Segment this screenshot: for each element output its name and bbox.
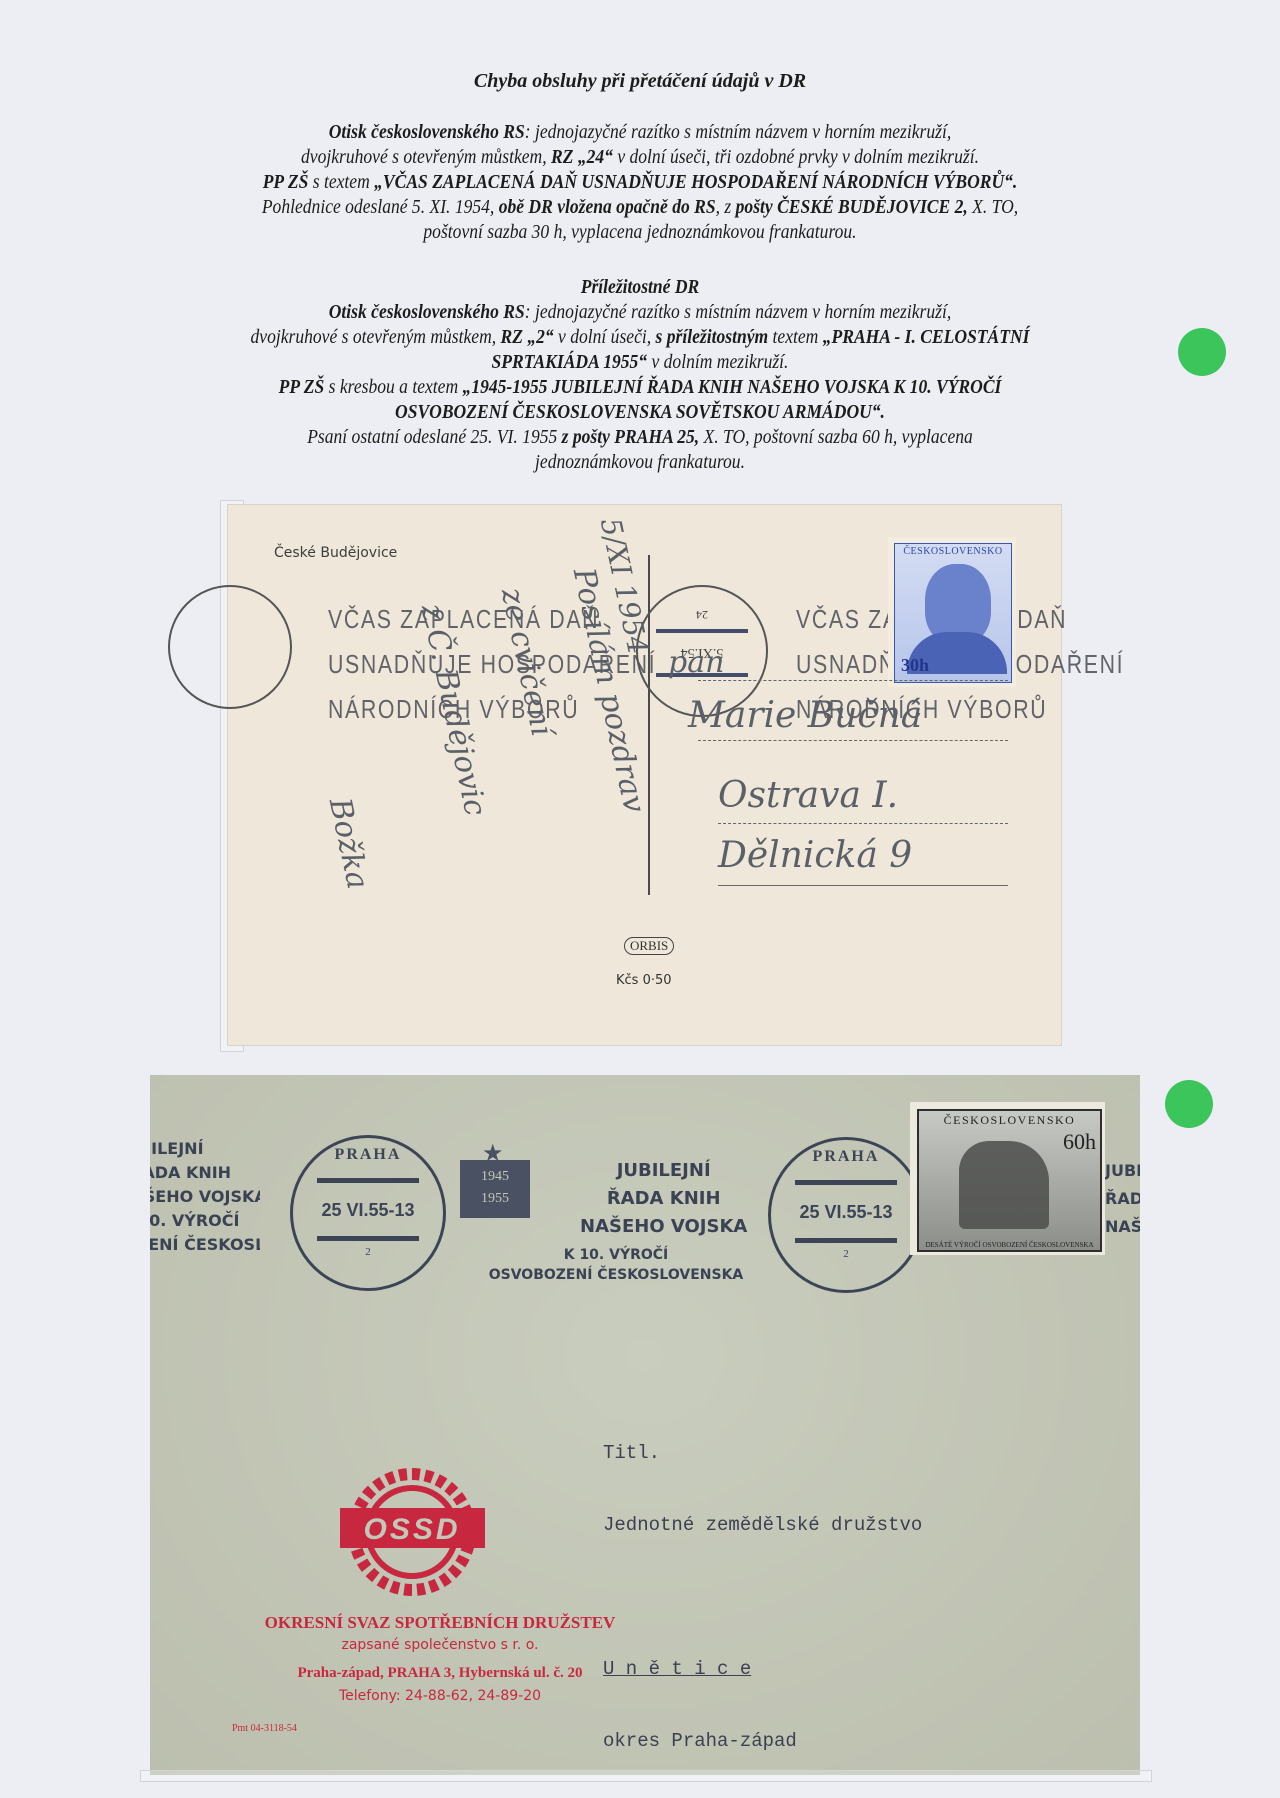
ossd-gear-logo-icon: OSSD [340,1460,485,1600]
addressee-line: Marie Bučná [688,695,922,736]
star-icon: ★ [482,1139,504,1168]
addressee-line: Dělnická 9 [718,835,912,876]
meter-slogan-small: K 10. VÝROČÍ OSVOBOZENÍ ČESKOSLOVENSKA [466,1245,766,1285]
addressee-line: Ostrava I. [718,775,898,816]
description-block-2: Příležitostné DR Otisk československého … [145,275,1135,475]
postcard-price: Kčs 0·50 [616,973,672,988]
postage-stamp-30h: ČESKOSLOVENSKO 30h [888,537,1016,687]
postcard-divider-line [648,555,650,895]
recipient-address: Titl. Jednotné zemědělské družstvo U n ě… [603,1393,922,1798]
meter-emblem-star-icon: 1945 1955 [460,1160,530,1218]
green-marker-dot-icon [1178,328,1226,376]
print-code: Pmt 04-3118-54 [232,1723,297,1734]
page-title: Chyba obsluhy při přetáčení údajů v DR [90,70,1190,93]
meter-slogan-fragment-right: JUBILEJNÍ ŘADA KNIH NAŠEHO VOJSKA [1105,1157,1140,1241]
postmark-praha: PRAHA 25 VI.55-13 2 [290,1135,446,1291]
svg-text:OSSD: OSSD [363,1513,460,1546]
envelope: JUBILEJNÍ ŘADA KNIH NAŠEHO VOJSKA K 10. … [150,1075,1140,1775]
addressee-line: pan [668,645,724,680]
sender-phones: Telefony: 24-88-62, 24-89-20 [200,1688,680,1704]
green-marker-dot-icon [1165,1080,1213,1128]
sender-subtitle: zapsané společenstvo s r. o. [200,1637,680,1653]
sender-address: Praha-západ, PRAHA 3, Hybernská ul. č. 2… [200,1665,680,1682]
description-block-1: Otisk československého RS: jednojazyčné … [145,120,1135,245]
postmark-praha-2: PRAHA 25 VI.55-13 2 [768,1137,924,1293]
postage-stamp-60h: ČESKOSLOVENSKO 60h DESÁTÉ VÝROČÍ OSVOBOZ… [910,1102,1105,1255]
meter-slogan-fragment: JUBILEJNÍ ŘADA KNIH NAŠEHO VOJSKA K 10. … [150,1137,260,1257]
publisher-logo: ORBIS [624,937,674,955]
handwritten-signature: Božka [322,795,375,892]
postmark-left-fragment [168,585,292,709]
envelope-sleeve [140,1770,1152,1782]
sender-name: OKRESNÍ SVAZ SPOTŘEBNÍCH DRUŽSTEV [200,1613,680,1633]
postcard-place-label: České Budějovice [274,545,397,561]
statue-icon [959,1141,1049,1229]
postcard: České Budějovice VČAS ZAPLACENÁ DAŇ USNA… [228,505,1061,1045]
meter-slogan: JUBILEJNÍ ŘADA KNIH NAŠEHO VOJSKA [580,1157,747,1241]
